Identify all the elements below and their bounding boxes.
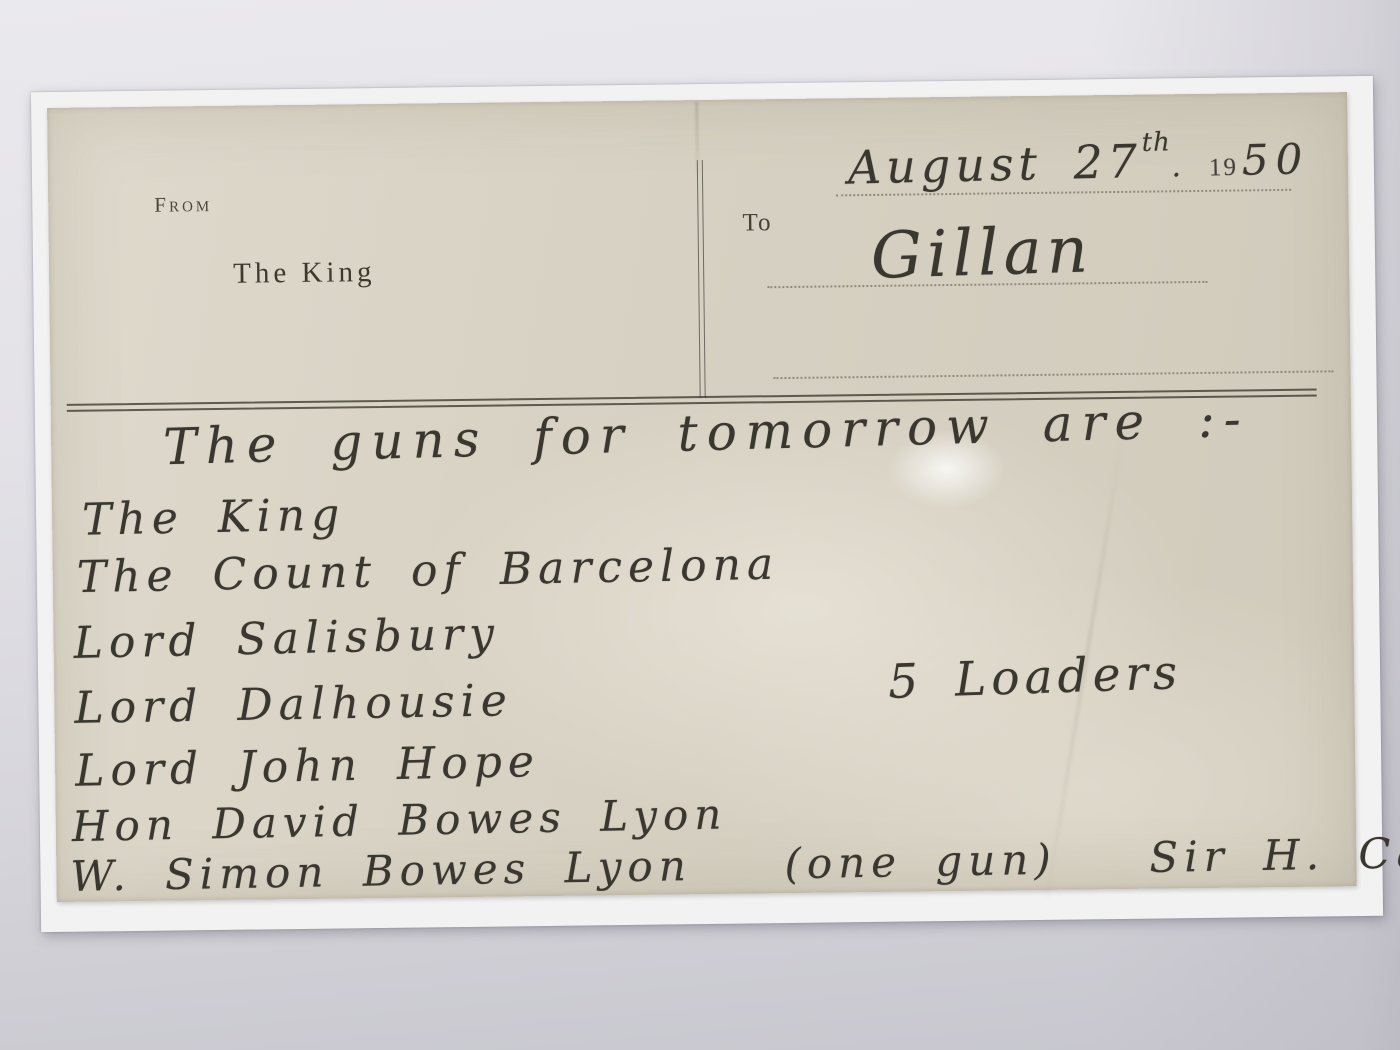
recipient-name: Gillan bbox=[870, 213, 1094, 294]
final-line-second-name: Sir H. Campbell bbox=[1149, 825, 1400, 882]
column-divider-rule bbox=[697, 160, 706, 398]
date-ordinal: th bbox=[1141, 127, 1171, 158]
memo-card: From The King To August 27th.1950 Gillan… bbox=[47, 92, 1357, 902]
gun-list-line: The King bbox=[82, 489, 346, 546]
date-line: August 27th.1950 bbox=[847, 124, 1310, 194]
gun-list-line: Lord Salisbury bbox=[73, 608, 500, 669]
year-printed-prefix: 19 bbox=[1209, 154, 1239, 182]
gun-list-line: Lord John Hope bbox=[75, 736, 541, 797]
date-punct: . bbox=[1171, 149, 1181, 184]
gun-list-line: Lord Dalhousie bbox=[74, 675, 513, 734]
to-label: To bbox=[742, 209, 772, 237]
final-line-note: (one gun) bbox=[784, 835, 1057, 889]
loaders-note: 5 Loaders bbox=[887, 645, 1183, 710]
from-value: The King bbox=[233, 256, 376, 291]
from-label: From bbox=[154, 192, 212, 218]
card-backing-sheet: From The King To August 27th.1950 Gillan… bbox=[31, 76, 1383, 932]
year-handwritten: 50 bbox=[1241, 134, 1310, 185]
blank-dotted-line bbox=[773, 368, 1333, 379]
gun-list-line: The Count of Barcelona bbox=[76, 539, 779, 603]
final-line-name: W. Simon Bowes Lyon bbox=[70, 841, 692, 901]
date-day: August 27 bbox=[847, 134, 1142, 195]
framed-photo-mat: From The King To August 27th.1950 Gillan… bbox=[0, 0, 1400, 1050]
